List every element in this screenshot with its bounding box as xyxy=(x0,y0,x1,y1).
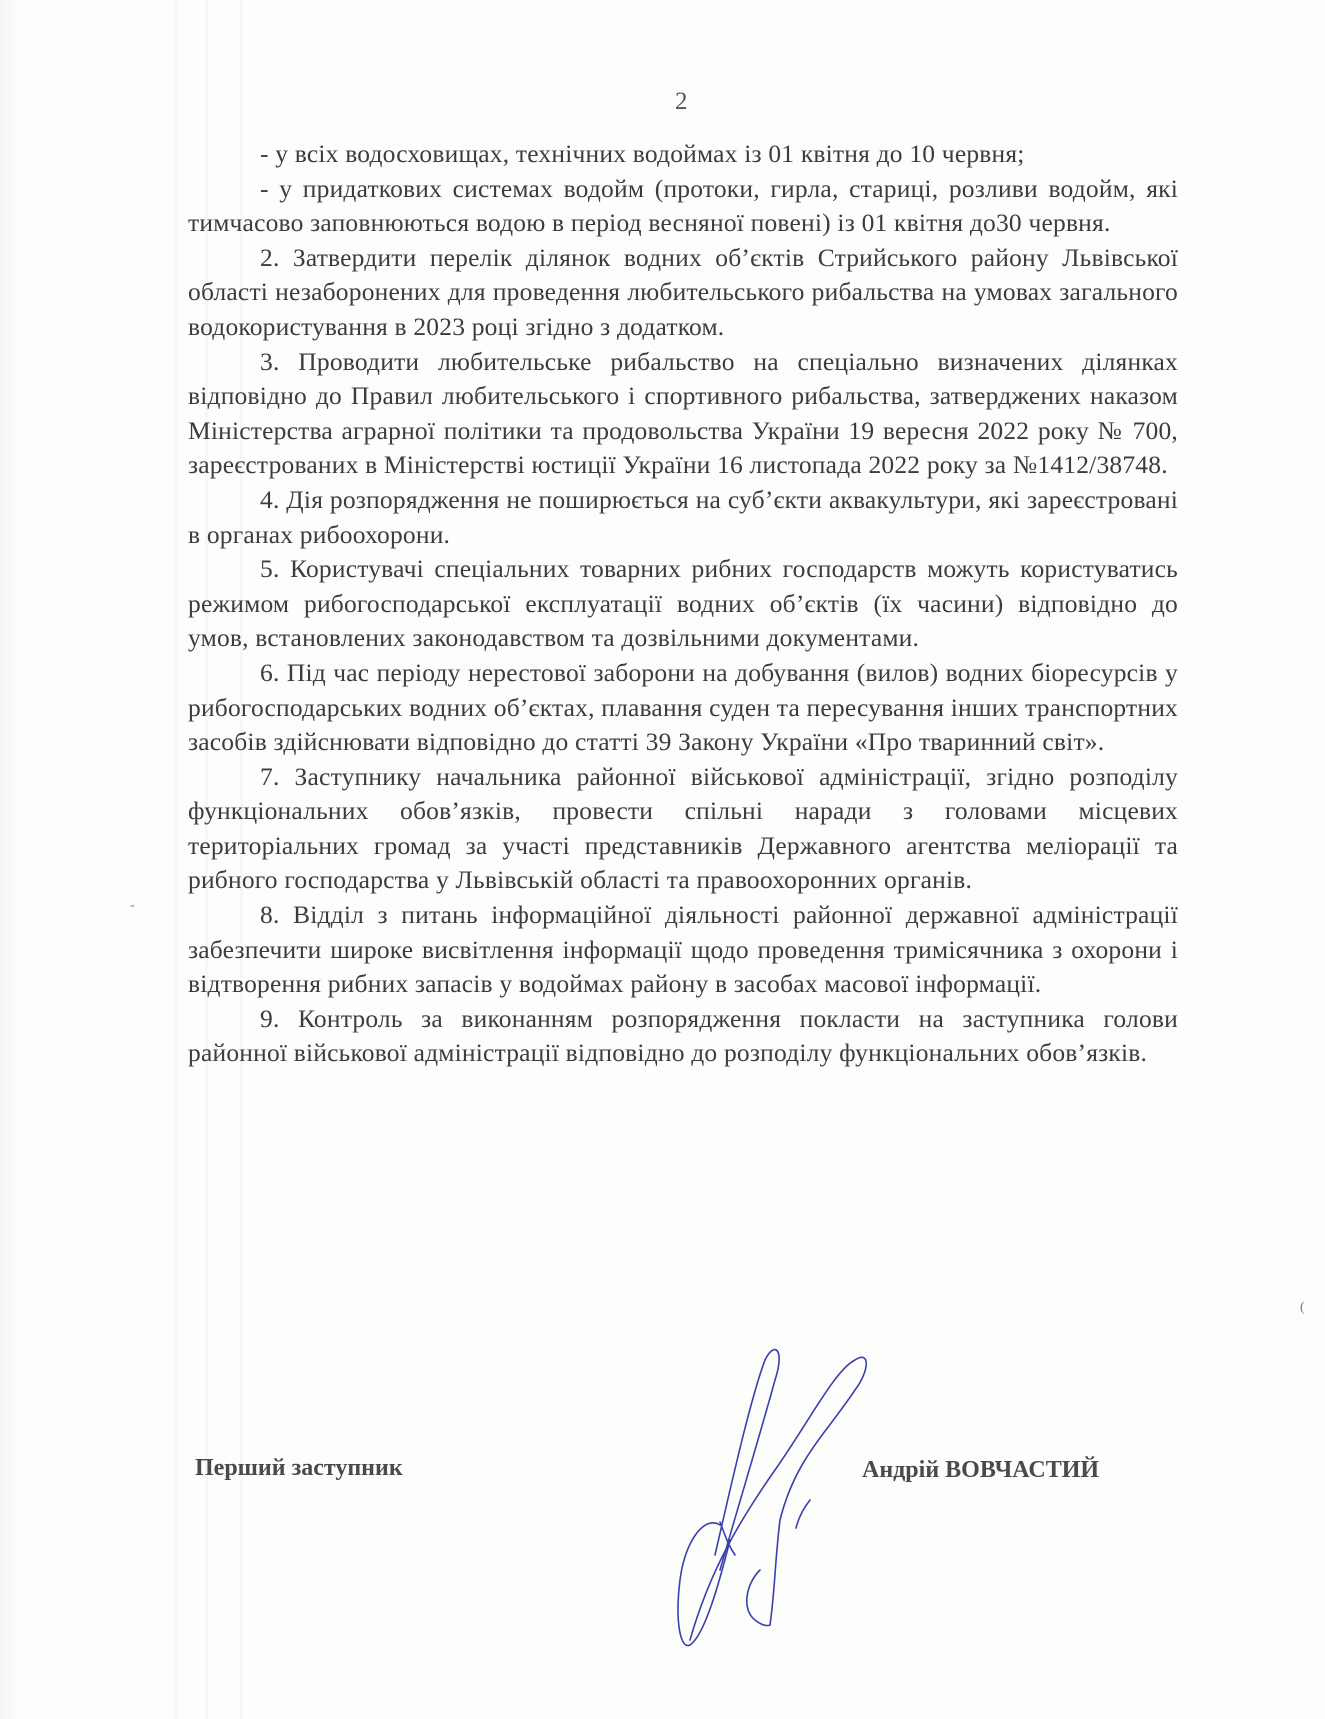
handwritten-signature-icon xyxy=(570,1340,900,1670)
paragraph-item-4: 4. Дія розпорядження не поширюється на с… xyxy=(188,483,1178,552)
signatory-title: Перший заступник xyxy=(195,1455,403,1482)
paragraph-bullet-reservoirs: - у всіх водосховищах, технічних водойма… xyxy=(188,137,1178,172)
page-number: 2 xyxy=(675,88,688,116)
paragraph-item-2: 2. Затвердити перелік ділянок водних об’… xyxy=(188,241,1178,345)
paragraph-item-5: 5. Користувачі спеціальних товарних рибн… xyxy=(188,552,1178,656)
paragraph-item-9: 9. Контроль за виконанням розпорядження … xyxy=(188,1002,1178,1071)
margin-dash-mark: - xyxy=(130,898,135,914)
margin-bracket-mark: ( xyxy=(1300,1300,1305,1316)
paragraph-item-8: 8. Відділ з питань інформаційної діяльно… xyxy=(188,898,1178,1002)
scan-artifact xyxy=(175,0,178,1719)
paragraph-bullet-tributary-systems: - у придаткових системах водойм (протоки… xyxy=(188,172,1178,241)
paragraph-item-3: 3. Проводити любительське рибальство на … xyxy=(188,345,1178,483)
paragraph-item-7: 7. Заступнику начальника районної військ… xyxy=(188,760,1178,898)
document-body: - у всіх водосховищах, технічних водойма… xyxy=(188,137,1178,1071)
scanned-page: 2 - у всіх водосховищах, технічних водой… xyxy=(0,0,1325,1719)
paragraph-item-6: 6. Під час періоду нерестової заборони н… xyxy=(188,656,1178,760)
